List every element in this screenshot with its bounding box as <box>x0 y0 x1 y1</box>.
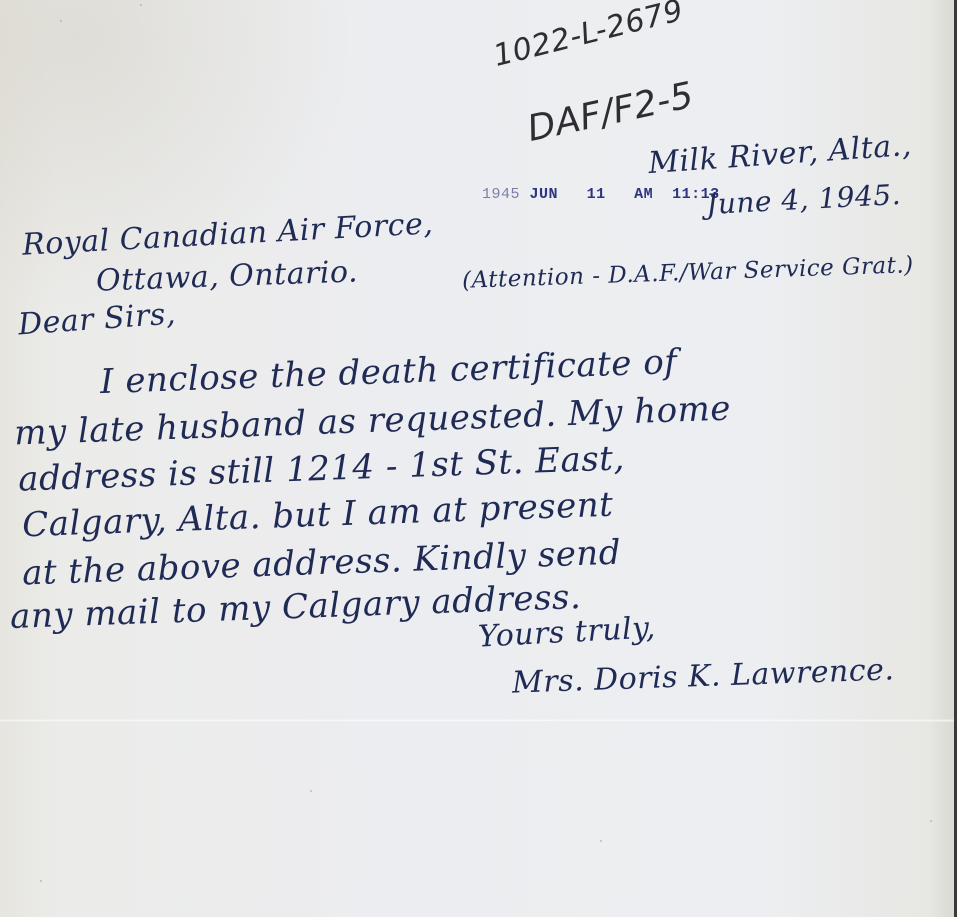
file-number-annotation: 1022-L-2679 <box>491 0 687 72</box>
paper-speck <box>40 880 42 882</box>
closing: Yours truly, <box>477 613 656 652</box>
recipient-line-1: Royal Canadian Air Force, <box>21 209 434 260</box>
paper-speck <box>60 20 62 22</box>
paper-speck <box>310 790 312 792</box>
stamp-day: 11 <box>587 186 606 203</box>
letter-page: 1022-L-2679 DAF/F2-5 Milk River, Alta., … <box>0 0 957 917</box>
stamp-month: JUN <box>530 186 559 203</box>
stamp-year: 1945 <box>482 186 520 203</box>
recipient-line-2: Ottawa, Ontario. <box>96 257 359 296</box>
paper-speck <box>600 840 602 842</box>
salutation: Dear Sirs, <box>17 300 177 341</box>
paper-speck <box>140 4 142 6</box>
letter-date: June 4, 1945. <box>705 181 901 219</box>
stamp-meridiem: AM <box>634 186 653 203</box>
recipient-attention: (Attention - D.A.F./War Service Grat.) <box>462 254 914 293</box>
letter-location: Milk River, Alta., <box>647 131 912 179</box>
paper-fold-line <box>0 719 957 722</box>
signature: Mrs. Doris K. Lawrence. <box>512 655 895 698</box>
file-reference-annotation: DAF/F2-5 <box>525 78 698 148</box>
body-line-1: I enclose the death certificate of <box>100 345 678 399</box>
received-date-stamp: 1945 JUN 11 AM 11:13 <box>482 186 720 203</box>
paper-speck <box>930 820 932 822</box>
